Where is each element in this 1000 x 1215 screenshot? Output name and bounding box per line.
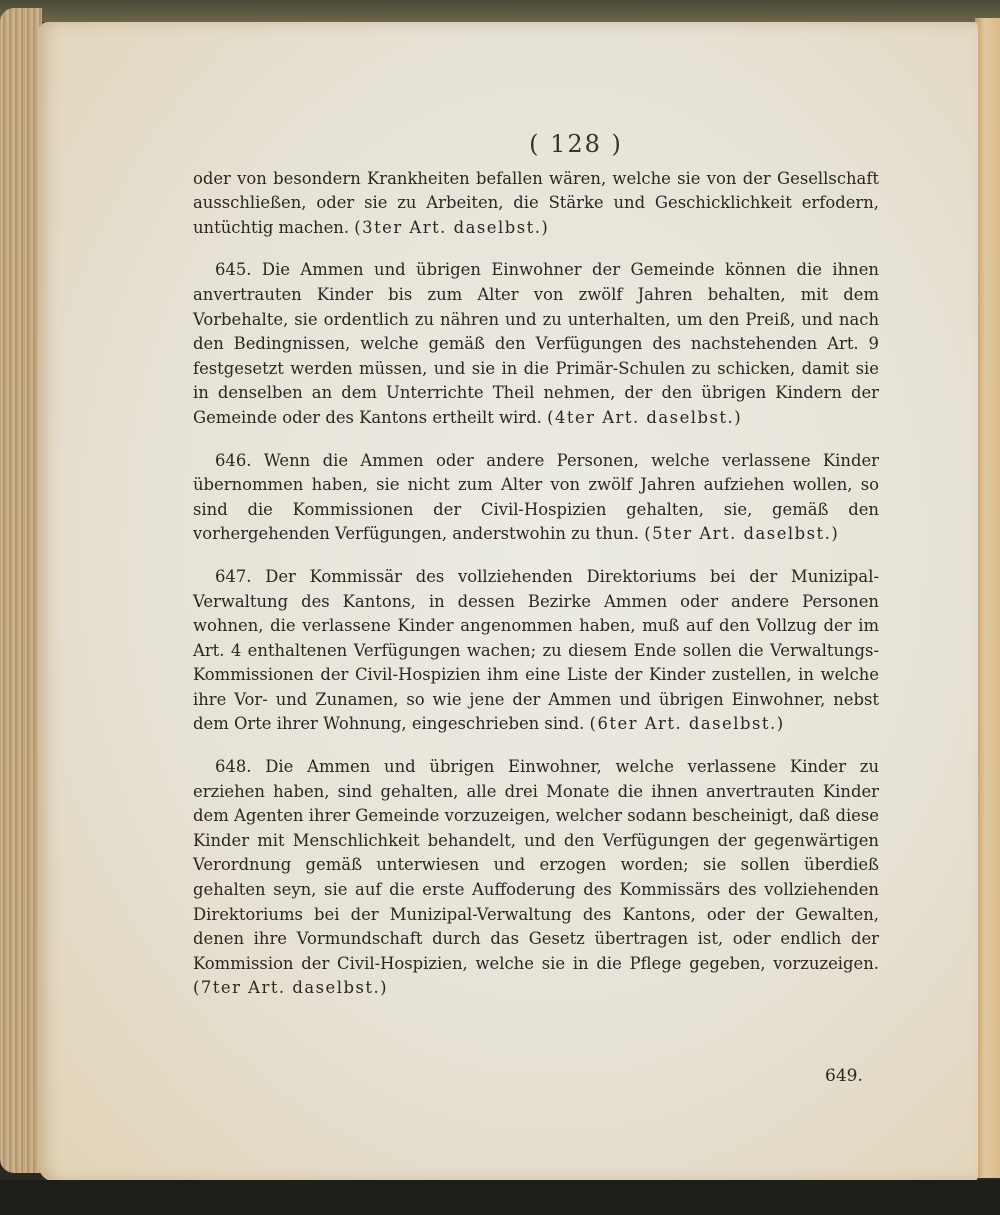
paragraph-text: Die Ammen und übrigen Einwohner der Geme… [193, 260, 879, 427]
paragraph-number: 648. [215, 757, 252, 776]
top-shadow [0, 0, 1000, 22]
bottom-shadow [0, 1180, 1000, 1215]
paragraph-continuation: oder von besondern Krankheiten befallen … [193, 167, 879, 241]
catchword: 649. [825, 1066, 863, 1086]
paragraph-647: 647. Der Kommissär des vollziehenden Dir… [193, 565, 879, 737]
page-number-header: ( 128 ) [193, 132, 879, 157]
paragraph-number: 647. [215, 567, 252, 586]
article-citation: (3ter Art. daselbst.) [354, 218, 549, 237]
paragraph-646: 646. Wenn die Ammen oder andere Personen… [193, 449, 879, 547]
paragraph-text: Die Ammen und übrigen Einwohner, welche … [193, 757, 879, 973]
page-edges [0, 8, 42, 1173]
article-citation: (7ter Art. daselbst.) [193, 978, 388, 997]
article-citation: (5ter Art. daselbst.) [644, 524, 839, 543]
article-citation: (6ter Art. daselbst.) [590, 714, 785, 733]
paragraph-645: 645. Die Ammen und übrigen Einwohner der… [193, 258, 879, 430]
paragraph-text: Der Kommissär des vollziehenden Direktor… [193, 567, 879, 734]
paragraph-number: 646. [215, 451, 252, 470]
article-citation: (4ter Art. daselbst.) [547, 408, 742, 427]
page-content: ( 128 ) oder von besondern Krankheiten b… [193, 132, 879, 1019]
paragraph-648: 648. Die Ammen und übrigen Einwohner, we… [193, 755, 879, 1001]
book-gutter [975, 18, 1000, 1178]
paragraph-number: 645. [215, 260, 252, 279]
